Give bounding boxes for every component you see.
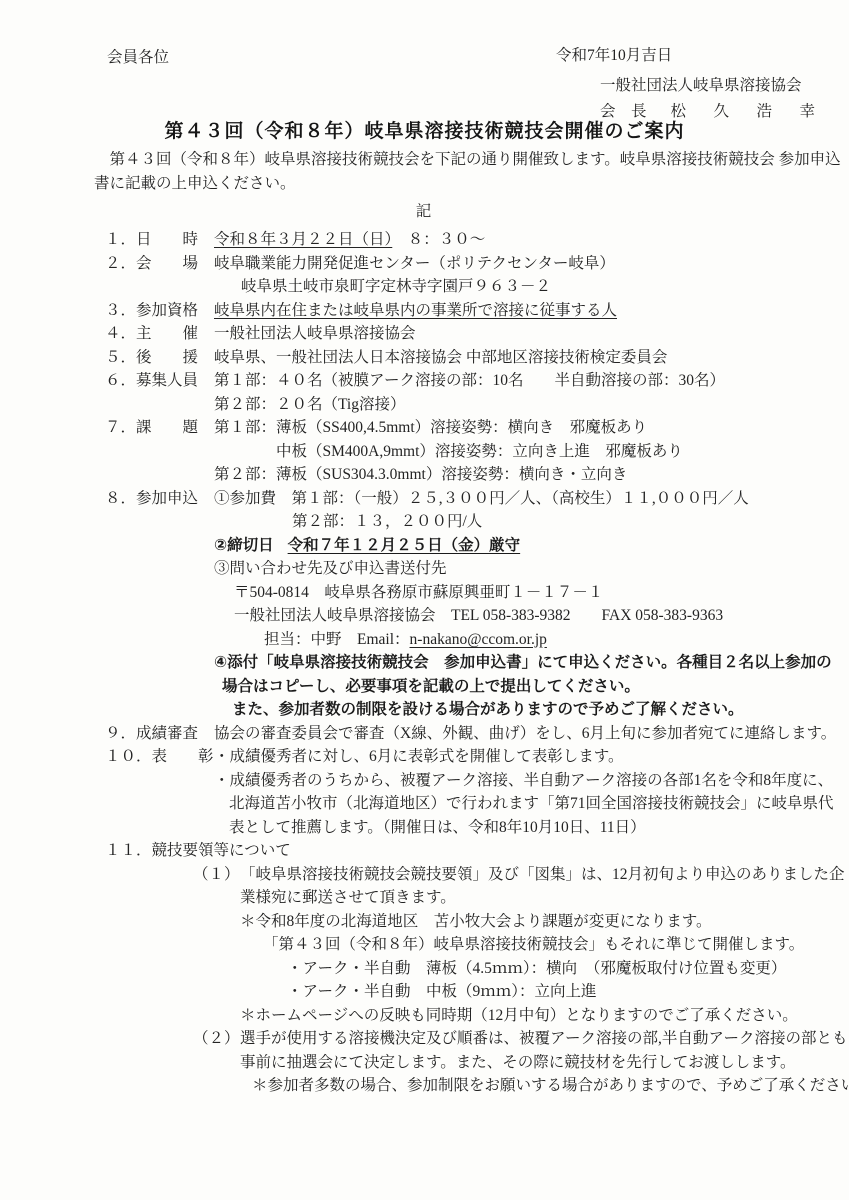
guidelines-sub-1: （１） 「岐阜県溶接技術競技会競技要領」及び「図集」は、12月初旬より申込のあり…	[193, 863, 843, 1028]
guidelines-1-note-2: ＊ホームページへの反映も同時期（12月中旬）となりますのでご了承ください。	[240, 1004, 843, 1028]
subject-part1-thin: 第１部：薄板（SS400,4.5mmt）溶接姿勢：横向き 邪魔板あり	[214, 416, 843, 440]
item-label: １．日 時	[105, 228, 214, 252]
item-guidelines-heading: １１．競技要領等について	[105, 839, 843, 863]
organization-name: 一般社団法人岐阜県溶接協会	[600, 74, 802, 98]
guidelines-sub-2: （２） 選手が使用する溶接機決定及び順番は、被覆アーク溶接の部,半自動アーク溶接…	[193, 1027, 843, 1098]
venue-name: 岐阜職業能力開発促進センター（ポリテクセンター岐阜）	[214, 252, 843, 276]
item-host: ４．主 催 一般社団法人岐阜県溶接協会	[105, 322, 843, 346]
scanned-document-page: 会員各位 令和7年10月吉日 一般社団法人岐阜県溶接協会 会 長 松 久 浩 幸…	[0, 0, 849, 1200]
org-tel-fax: 一般社団法人岐阜県溶接協会 TEL 058-383-9382 FAX 058-3…	[234, 604, 843, 628]
event-time: ８：３０～	[392, 231, 485, 248]
fee-part1: ①参加費 第１部：（一般）２５,３００円／人、（高校生）１１,０００円／人	[214, 487, 843, 511]
item-label: ３．参加資格	[105, 299, 214, 323]
item-support: ５．後 援 岐阜県、一般社団法人日本溶接協会 中部地区溶接技術検定委員会	[105, 346, 843, 370]
judging-text: 協会の審査委員会で審査（X線、外観、曲げ）をし、6月上旬に参加者宛てに連絡します…	[214, 722, 843, 746]
guidelines-2-line-2: 事前に抽選会にて決定します。また、その際に競技材を先行してお渡しします。	[240, 1051, 843, 1075]
guidelines-2-line-1: 選手が使用する溶接機決定及び順番は、被覆アーク溶接の部,半自動アーク溶接の部とも	[240, 1027, 843, 1051]
guidelines-1-line-1: 「岐阜県溶接技術競技会競技要領」及び「図集」は、12月初旬より申込のありました企	[240, 863, 843, 887]
award-line-1: ・成績優秀者に対し、6月に表彰式を開催して表彰します。	[214, 745, 843, 769]
item-eligibility: ３．参加資格 岐阜県内在住または岐阜県内の事業所で溶接に従事する人	[105, 299, 843, 323]
item-label: １０．表 彰	[105, 745, 214, 769]
subject-part1-mid: 中板（SM400A,9mmt）溶接姿勢：立向き上進 邪魔板あり	[276, 440, 843, 464]
item-capacity: ６．募集人員 第１部：４０名（被膜アーク溶接の部：10名 半自動溶接の部：30名…	[105, 369, 843, 416]
venue-address: 岐阜県土岐市泉町字定林寺字園戸９６３－２	[241, 275, 843, 299]
attach-note-2: 場合はコピーし、必要事項を記載の上で提出してください。	[222, 675, 843, 699]
item-label: ８．参加申込	[105, 487, 214, 511]
host-text: 一般社団法人岐阜県溶接協会	[214, 322, 843, 346]
items-list: １．日 時 令和８年３月２２日（日） ８：３０～ ２．会 場 岐阜職業能力開発促…	[105, 228, 843, 1098]
award-line-3: 北海道苫小牧市（北海道地区）で行われます「第71回全国溶接技術競技会」に岐阜県代	[229, 792, 843, 816]
eligibility-text: 岐阜県内在住または岐阜県内の事業所で溶接に従事する人	[214, 299, 843, 323]
intro-line-1: 第４３回（令和８年）岐阜県溶接技術競技会を下記の通り開催致します。岐阜県溶接技術…	[94, 148, 837, 172]
item-subjects: ７．課 題 第１部：薄板（SS400,4.5mmt）溶接姿勢：横向き 邪魔板あり…	[105, 416, 843, 487]
award-line-2: ・成績優秀者のうちから、被覆アーク溶接、半自動アーク溶接の各部1名を令和8年度に…	[214, 769, 843, 793]
item-datetime: １．日 時 令和８年３月２２日（日） ８：３０～	[105, 228, 843, 252]
staff-line: 担当：中野 Email：n-nakano@ccom.or.jp	[264, 628, 843, 652]
contact-heading: ③問い合わせ先及び申込書送付先	[214, 557, 843, 581]
item-judging: ９．成績審査 協会の審査委員会で審査（X線、外観、曲げ）をし、6月上旬に参加者宛…	[105, 722, 843, 746]
capacity-part2: 第２部：２０名（Tig溶接）	[214, 393, 843, 417]
item-label: ６．募集人員	[105, 369, 214, 393]
record-mark: 記	[0, 200, 849, 224]
email-link: n-nakano@ccom.or.jp	[410, 631, 547, 648]
attach-note-1: ④添付「岐阜県溶接技術競技会 参加申込書」にて申込ください。各種目２名以上参加の	[214, 651, 843, 675]
fee-part2: 第２部：１３，２００円/人	[292, 510, 843, 534]
item-application: ８．参加申込 ①参加費 第１部：（一般）２５,３００円／人、（高校生）１１,００…	[105, 487, 843, 722]
item-label: ４．主 催	[105, 322, 214, 346]
guidelines-2-note: ＊参加者多数の場合、参加制限をお願いする場合がありますので、予めご了承ください。	[252, 1074, 843, 1098]
subject-part2: 第２部：薄板（SUS304.3.0mmt）溶接姿勢：横向き・立向き	[214, 463, 843, 487]
capacity-part1: 第１部：４０名（被膜アーク溶接の部：10名 半自動溶接の部：30名）	[214, 369, 843, 393]
support-text: 岐阜県、一般社団法人日本溶接協会 中部地区溶接技術検定委員会	[214, 346, 843, 370]
document-date: 令和7年10月吉日	[556, 44, 672, 68]
item-label: ９．成績審査	[105, 722, 214, 746]
deadline-value: 令和７年１２月２５日（金）厳守	[288, 537, 521, 554]
staff-prefix: 担当：中野 Email：	[264, 631, 410, 648]
item-awards: １０．表 彰 ・成績優秀者に対し、6月に表彰式を開催して表彰します。 ・成績優秀…	[105, 745, 843, 839]
deadline-label: ②締切日	[214, 537, 274, 554]
guidelines-1-bullet-1: ・アーク・半自動 薄板（4.5ｍｍ）：横向 （邪魔板取付け位置も変更）	[287, 957, 843, 981]
intro-paragraph: 第４３回（令和８年）岐阜県溶接技術競技会を下記の通り開催致します。岐阜県溶接技術…	[94, 148, 837, 195]
award-line-4: 表として推薦します。（開催日は、令和8年10月10日、11日）	[229, 816, 843, 840]
guidelines-1-note-1: ＊令和8年度の北海道地区 苫小牧大会より課題が変更になります。	[240, 910, 843, 934]
recipient: 会員各位	[107, 46, 169, 70]
postal-address: 〒504-0814 岐阜県各務原市蘇原興亜町１－１７－１	[234, 581, 843, 605]
item-label: ２．会 場	[105, 252, 214, 276]
guidelines-1-line-3: 「第４３回（令和８年）岐阜県溶接技術競技会」もそれに準じて開催します。	[263, 933, 843, 957]
deadline-line: ②締切日令和７年１２月２５日（金）厳守	[214, 534, 843, 558]
item-label: ７．課 題	[105, 416, 214, 440]
document-title: 第４３回（令和８年）岐阜県溶接技術競技会開催のご案内	[0, 120, 849, 144]
item-label: ５．後 援	[105, 346, 214, 370]
sub-label: （１）	[193, 863, 240, 1028]
intro-line-2: 書に記載の上申込ください。	[94, 172, 837, 196]
sub-label: （２）	[193, 1027, 240, 1098]
item-venue: ２．会 場 岐阜職業能力開発促進センター（ポリテクセンター岐阜） 岐阜県土岐市泉…	[105, 252, 843, 299]
event-date: 令和８年３月２２日（日）	[214, 231, 392, 248]
attach-note-3: また、参加者数の制限を設ける場合がありますので予めご了解ください。	[232, 698, 843, 722]
guidelines-1-bullet-2: ・アーク・半自動 中板（9ｍｍ）：立向上進	[287, 980, 843, 1004]
guidelines-1-line-2: 業様宛に郵送させて頂きます。	[240, 886, 843, 910]
